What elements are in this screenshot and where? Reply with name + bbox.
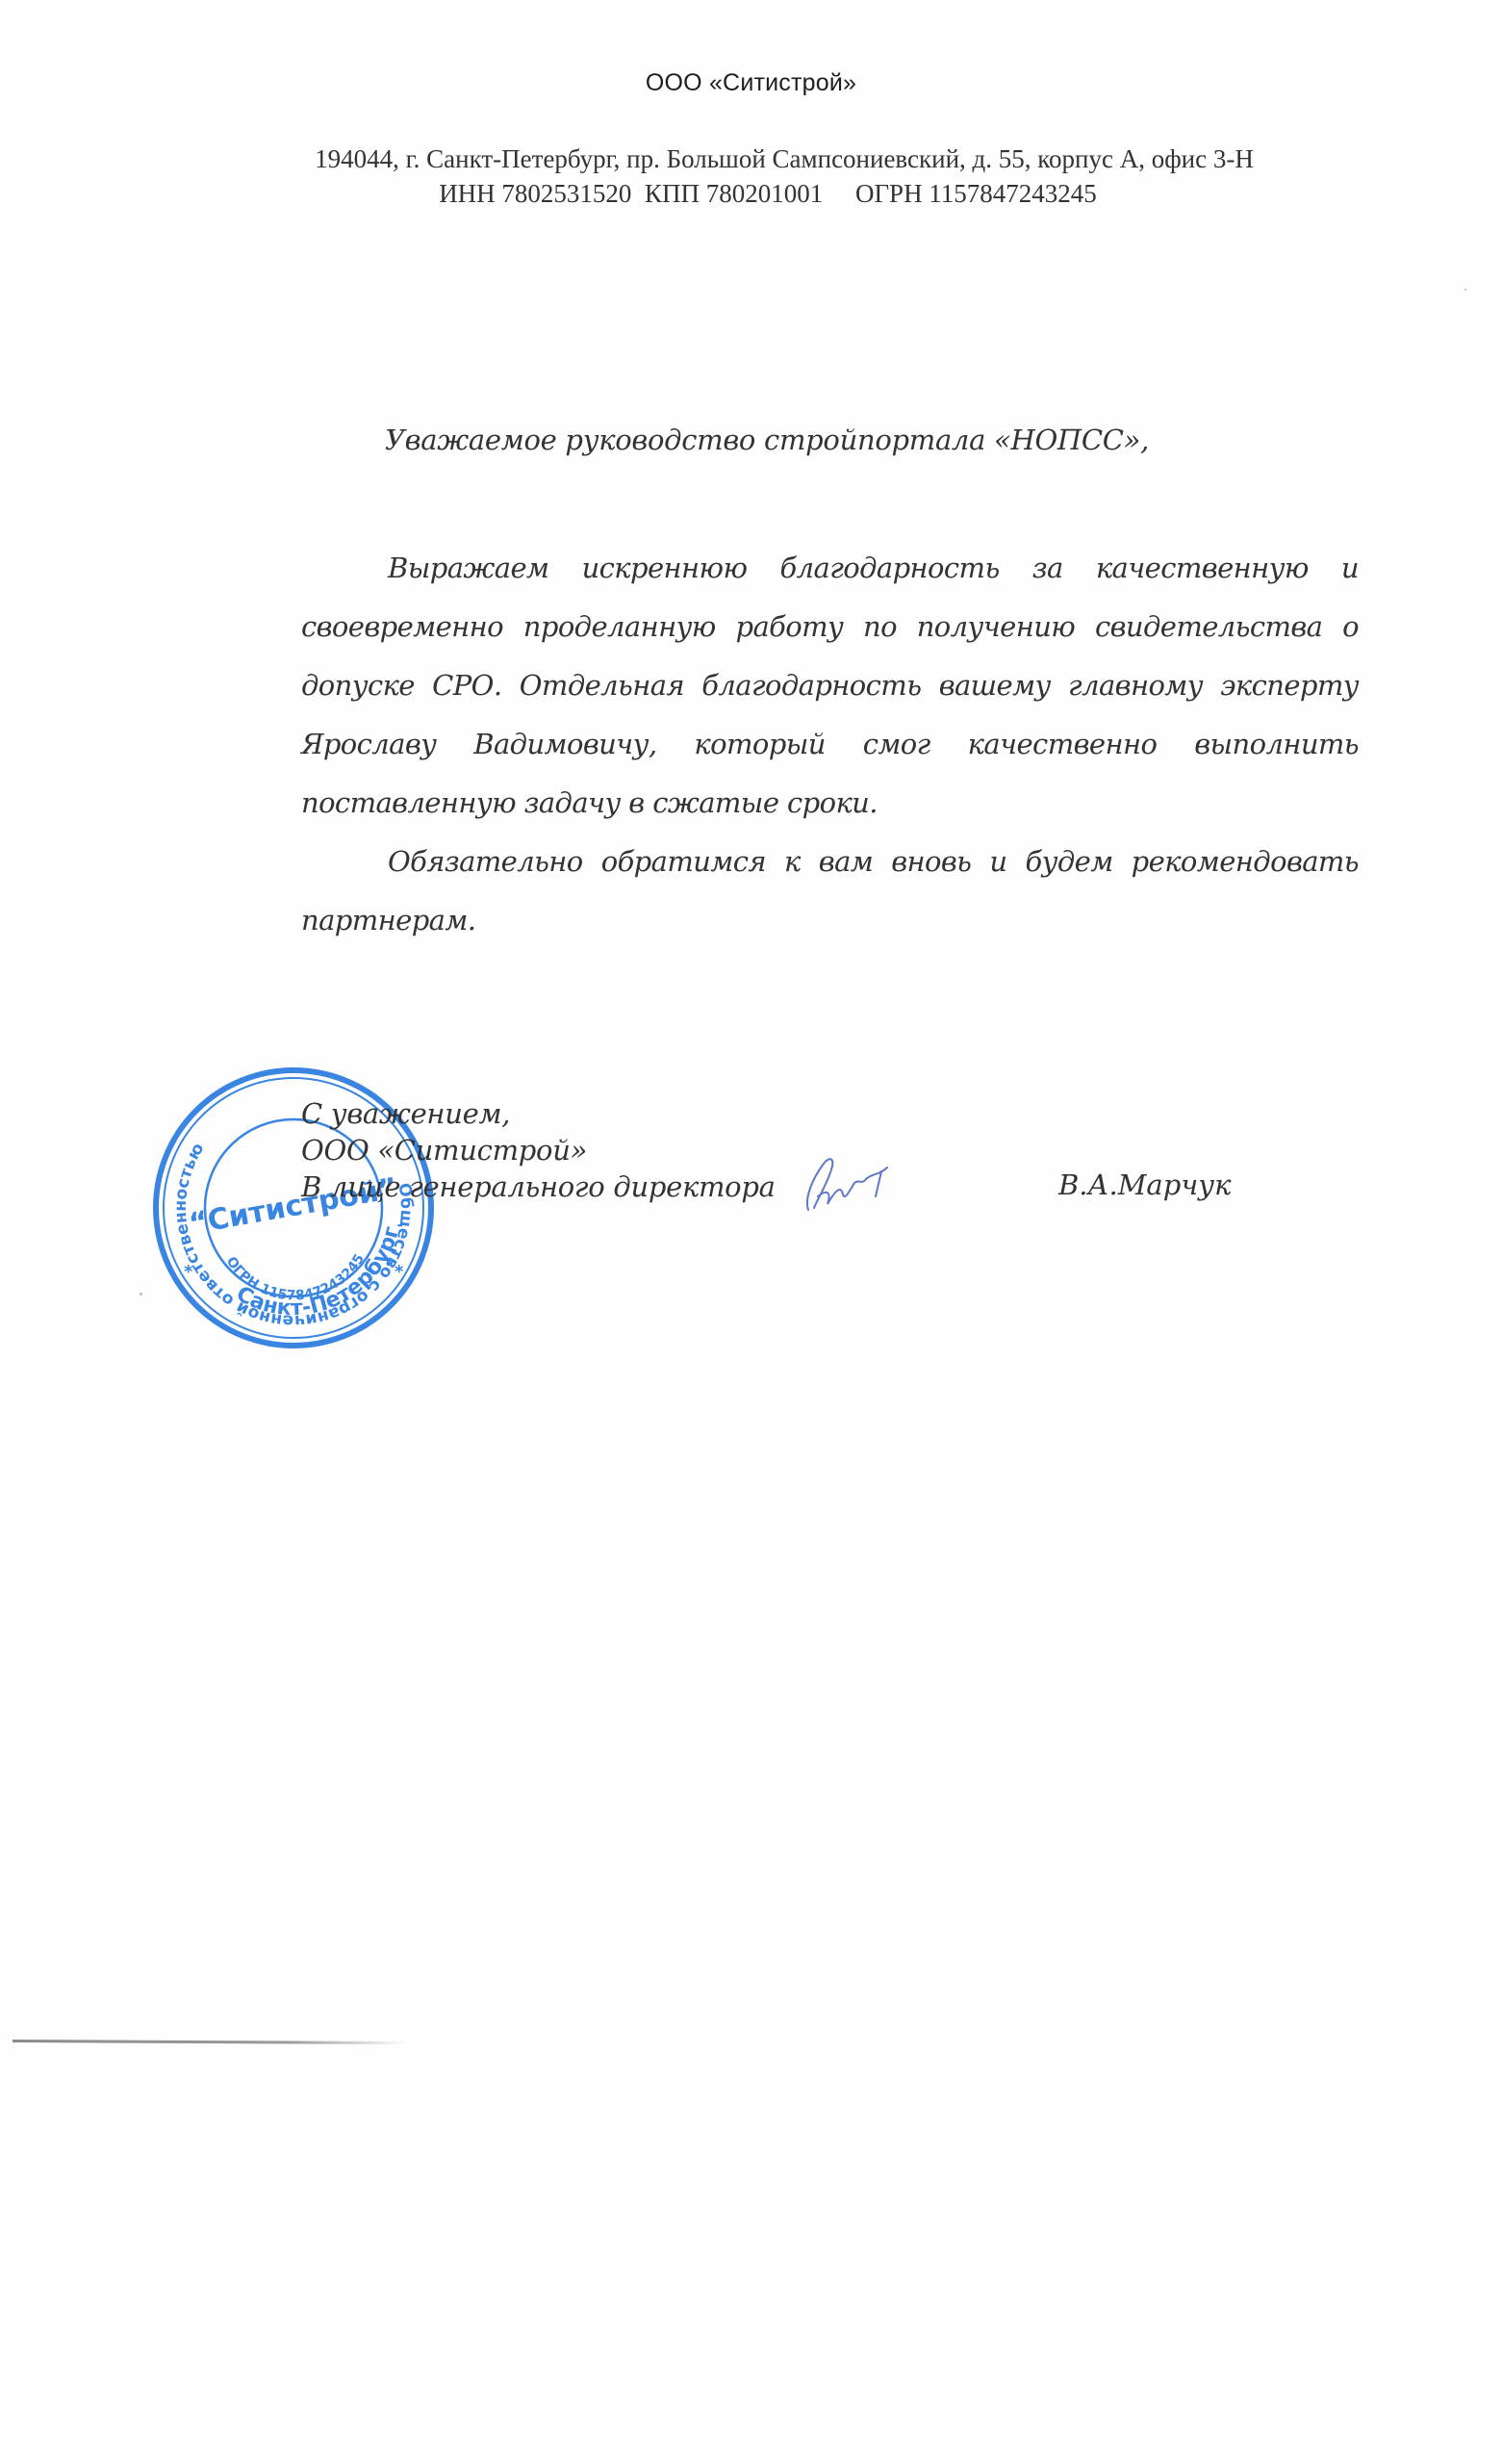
scan-speck <box>1464 289 1466 291</box>
svg-text:*: * <box>395 1262 404 1282</box>
scan-speck <box>140 1293 142 1296</box>
signature-icon <box>799 1150 904 1218</box>
company-name: ООО «Ситистрой» <box>0 69 1502 97</box>
company-registration-ids: ИНН 7802531520 КПП 780201001 ОГРН 115784… <box>8 179 1502 209</box>
closing-company: ООО «Ситистрой» <box>301 1132 776 1168</box>
letter-body: Выражаем искреннюю благодарность за каче… <box>301 539 1359 950</box>
closing-regards: С уважением, <box>301 1095 776 1132</box>
svg-text:*: * <box>184 1262 193 1282</box>
signer-name: В.А.Марчук <box>1058 1168 1231 1201</box>
body-paragraph: Обязательно обратимся к вам вновь и буде… <box>301 833 1359 950</box>
letter-salutation: Уважаемое руководство стройпортала «НОПС… <box>385 423 1149 456</box>
letter-closing: С уважением, ООО «Ситистрой» В лице гене… <box>301 1095 776 1205</box>
body-paragraph: Выражаем искреннюю благодарность за каче… <box>301 539 1359 833</box>
closing-position: В лице генерального директора <box>301 1168 776 1205</box>
company-address: 194044, г. Санкт-Петербург, пр. Большой … <box>0 144 1502 174</box>
letter-page: ООО «Ситистрой» 194044, г. Санкт-Петербу… <box>0 0 1502 2464</box>
bottom-rule-line <box>13 2040 407 2044</box>
